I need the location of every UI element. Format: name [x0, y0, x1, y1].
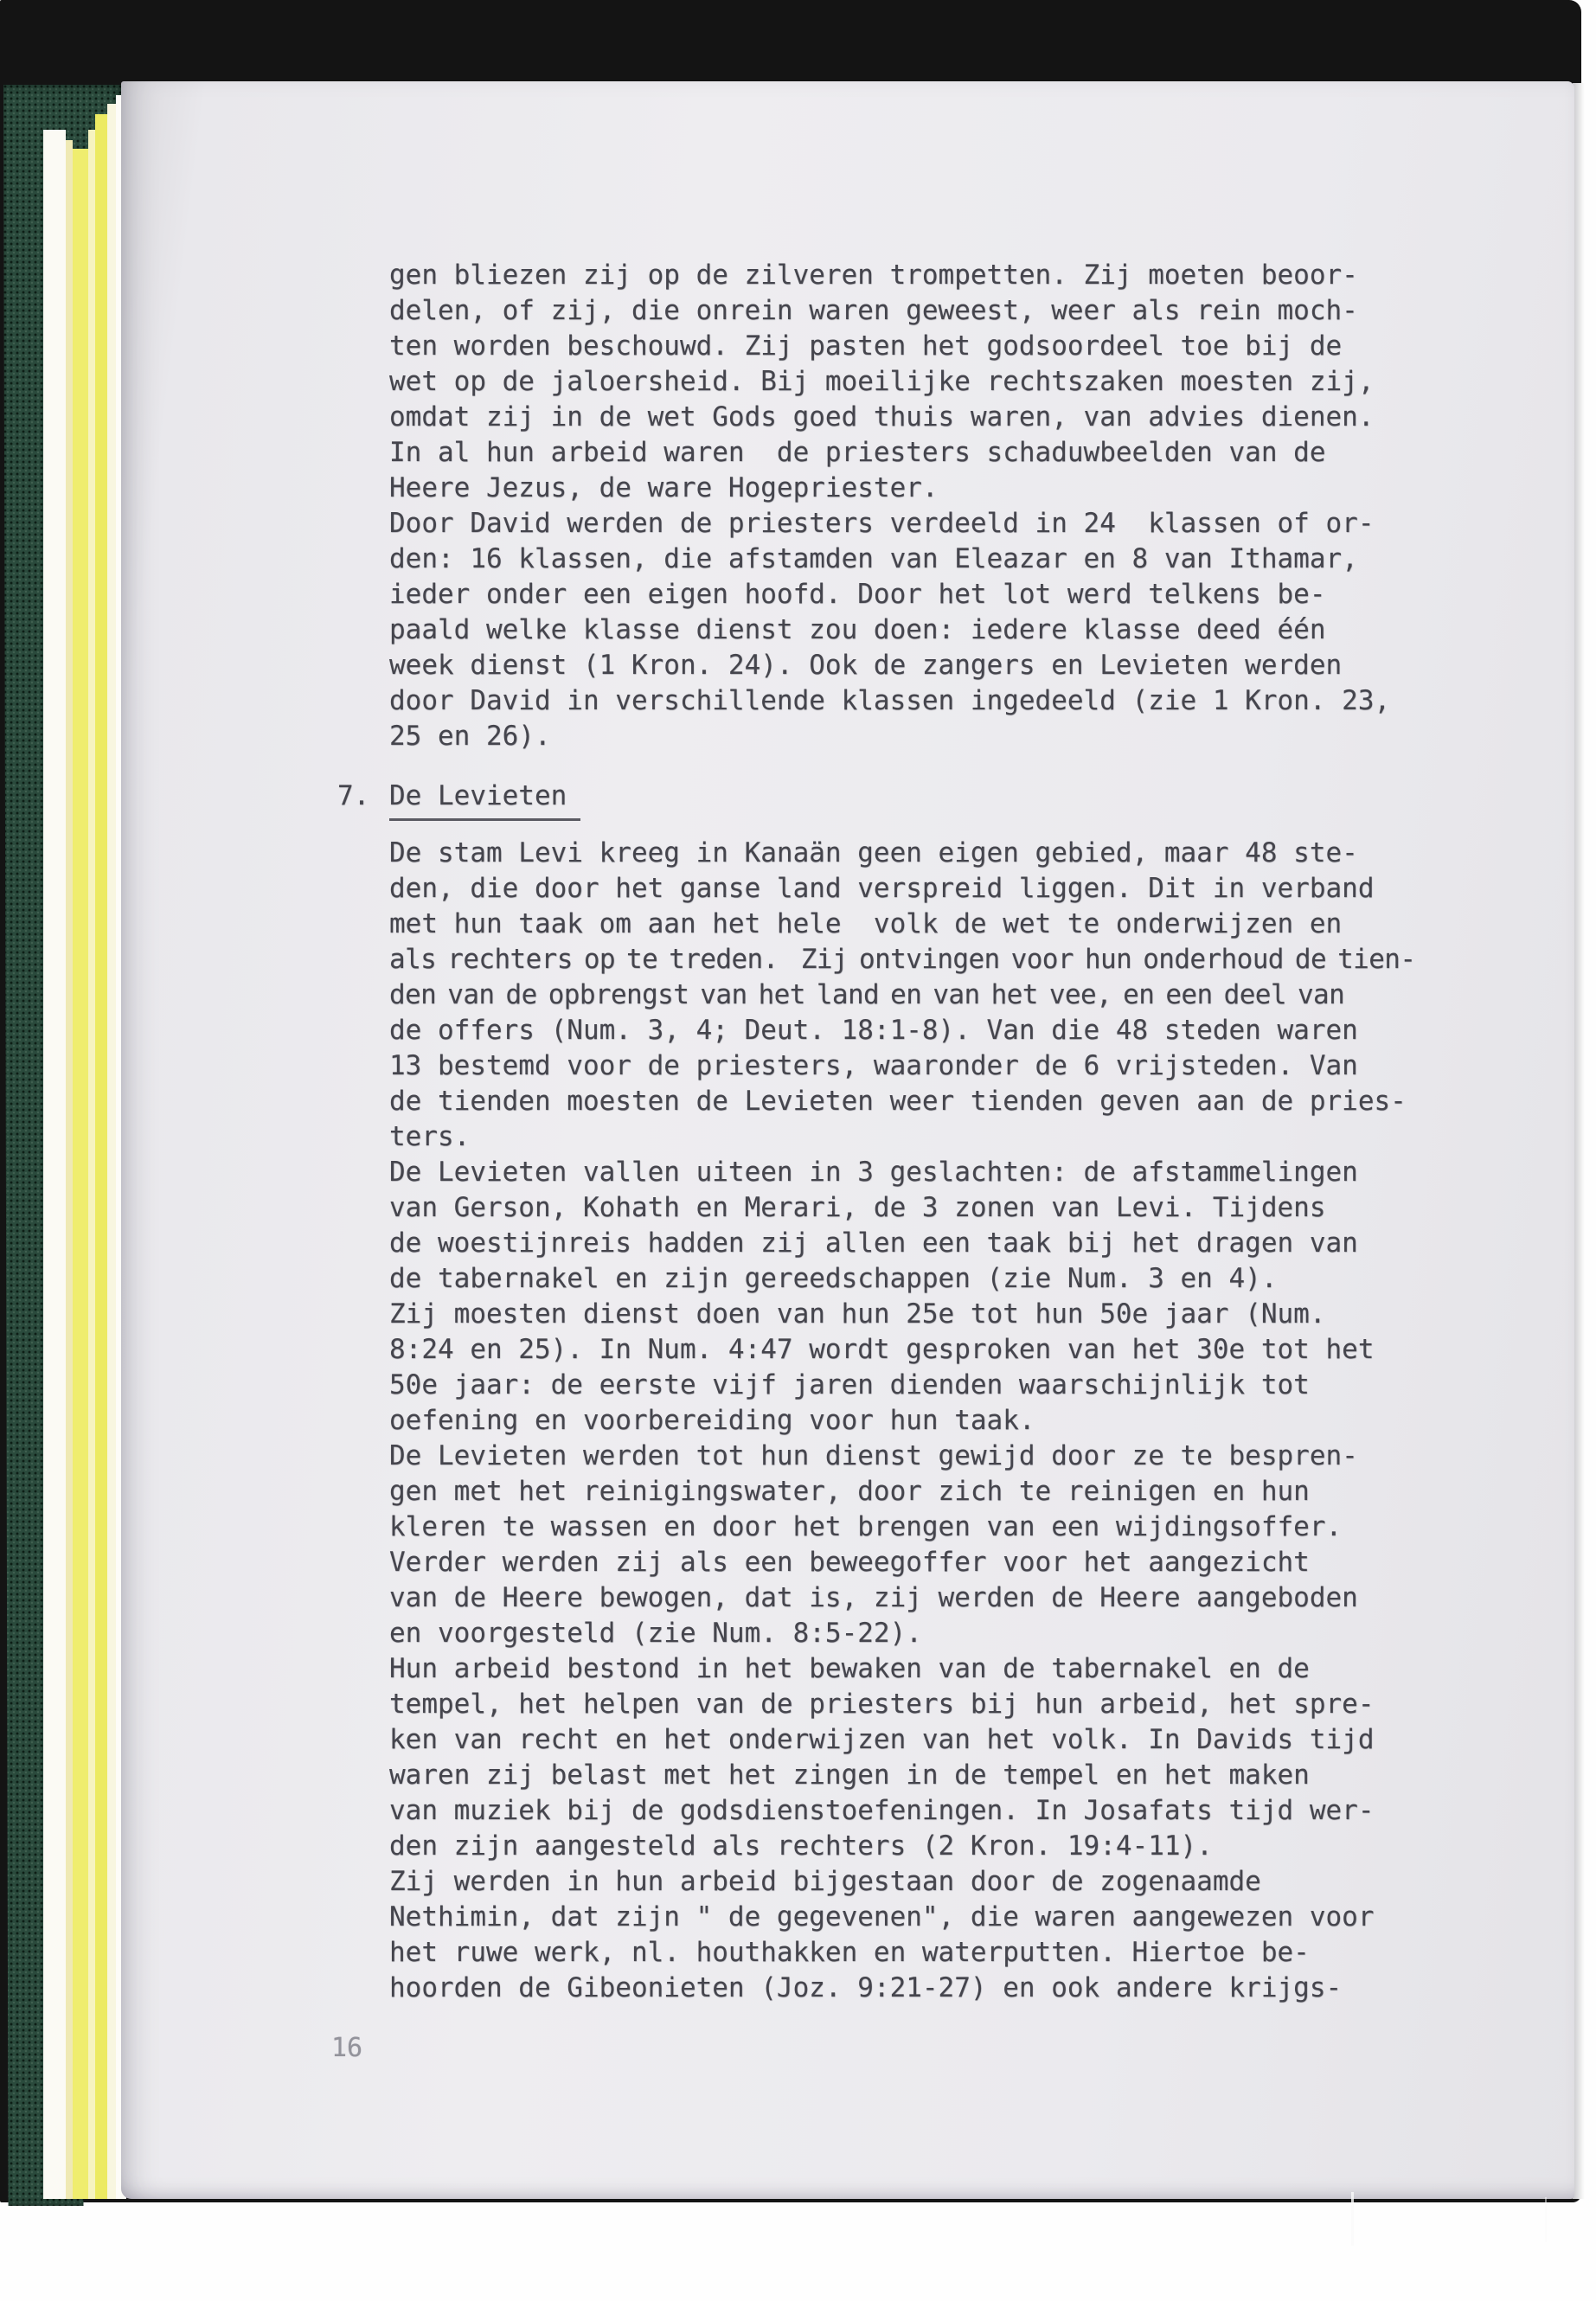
- text-line: 8:24 en 25). In Num. 4:47 wordt gesproke…: [389, 1332, 1415, 1368]
- book-page: gen bliezen zij op de zilveren trompette…: [121, 81, 1574, 2199]
- text-line: van Gerson, Kohath en Merari, de 3 zonen…: [389, 1190, 1415, 1226]
- text-line: wet op de jaloersheid. Bij moeilijke rec…: [389, 364, 1390, 400]
- text-line: tempel, het helpen van de priesters bij …: [389, 1687, 1415, 1722]
- text-line: Hun arbeid bestond in het bewaken van de…: [389, 1651, 1415, 1687]
- text-line: van de Heere bewogen, dat is, zij werden…: [389, 1580, 1415, 1616]
- text-line: ieder onder een eigen hoofd. Door het lo…: [389, 577, 1390, 612]
- text-line: 13 bestemd voor de priesters, waaronder …: [389, 1048, 1415, 1084]
- page-edge-strip: [73, 149, 88, 2199]
- text-line: de tienden moesten de Levieten weer tien…: [389, 1084, 1415, 1119]
- text-line: gen met het reinigingswater, door zich t…: [389, 1474, 1415, 1509]
- page-edge-strip: [88, 130, 95, 2199]
- text-line: met hun taak om aan het hele volk de wet…: [389, 907, 1415, 942]
- text-line: paald welke klasse dienst zou doen: iede…: [389, 612, 1390, 648]
- text-line: Heere Jezus, de ware Hogepriester.: [389, 471, 1390, 506]
- text-line: door David in verschillende klassen inge…: [389, 683, 1390, 719]
- section-body: De stam Levi kreeg in Kanaän geen eigen …: [389, 836, 1415, 2006]
- page-edge-strip: [43, 130, 66, 2199]
- text-line: den, die door het ganse land verspreid l…: [389, 871, 1415, 907]
- scratch-mark: [1351, 2192, 1354, 2246]
- text-line: het ruwe werk, nl. houthakken en waterpu…: [389, 1935, 1415, 1971]
- section-number: 7.: [337, 779, 389, 814]
- text-line: Zij werden in hun arbeid bijgestaan door…: [389, 1864, 1415, 1900]
- text-line: De stam Levi kreeg in Kanaän geen eigen …: [389, 836, 1415, 871]
- text-line: Zij moesten dienst doen van hun 25e tot …: [389, 1297, 1415, 1332]
- text-line: de offers (Num. 3, 4; Deut. 18:1-8). Van…: [389, 1013, 1415, 1048]
- text-line: Verder werden zij als een beweegoffer vo…: [389, 1545, 1415, 1580]
- text-line: Nethimin, dat zijn " de gegevenen", die …: [389, 1900, 1415, 1935]
- text-line: hoorden de Gibeonieten (Joz. 9:21-27) en…: [389, 1971, 1415, 2006]
- scratch-mark: [1545, 2197, 1547, 2242]
- text-line: den van de opbrengst van het land en van…: [389, 977, 1415, 1013]
- text-line: van muziek bij de godsdienstoefeningen. …: [389, 1793, 1415, 1829]
- text-line: den zijn aangesteld als rechters (2 Kron…: [389, 1829, 1415, 1864]
- text-line: omdat zij in de wet Gods goed thuis ware…: [389, 400, 1390, 435]
- text-line: oefening en voorbereiding voor hun taak.: [389, 1403, 1415, 1439]
- text-line: In al hun arbeid waren de priesters scha…: [389, 435, 1390, 471]
- text-line: delen, of zij, die onrein waren geweest,…: [389, 293, 1390, 329]
- text-line: waren zij belast met het zingen in de te…: [389, 1758, 1415, 1793]
- text-line: kleren te wassen en door het brengen van…: [389, 1509, 1415, 1545]
- text-line: en voorgesteld (zie Num. 8:5-22).: [389, 1616, 1415, 1651]
- text-line: week dienst (1 Kron. 24). Ook de zangers…: [389, 648, 1390, 683]
- section-title: De Levieten: [389, 779, 580, 821]
- text-line: De Levieten vallen uiteen in 3 geslachte…: [389, 1155, 1415, 1190]
- text-line: als rechters op te treden. Zij ontvingen…: [389, 942, 1415, 977]
- text-line: 50e jaar: de eerste vijf jaren dienden w…: [389, 1368, 1415, 1403]
- text-line: de tabernakel en zijn gereedschappen (zi…: [389, 1261, 1415, 1297]
- text-line: De Levieten werden tot hun dienst gewijd…: [389, 1439, 1415, 1474]
- text-line: gen bliezen zij op de zilveren trompette…: [389, 258, 1390, 293]
- text-line: ters.: [389, 1119, 1415, 1155]
- page-edge-strip: [107, 104, 116, 2199]
- page-edge-strip: [95, 114, 107, 2199]
- text-line: Door David werden de priesters verdeeld …: [389, 506, 1390, 542]
- text-line: 25 en 26).: [389, 719, 1390, 754]
- page-number: 16: [331, 2033, 362, 2063]
- continued-paragraph: gen bliezen zij op de zilveren trompette…: [389, 258, 1390, 754]
- text-line: ken van recht en het onderwijzen van het…: [389, 1722, 1415, 1758]
- book-photo: gen bliezen zij op de zilveren trompette…: [0, 0, 1596, 2301]
- section-heading: 7.De Levieten: [337, 779, 580, 821]
- page-fore-edge: [1573, 83, 1585, 2199]
- text-line: ten worden beschouwd. Zij pasten het god…: [389, 329, 1390, 364]
- text-line: de woestijnreis hadden zij allen een taa…: [389, 1226, 1415, 1261]
- text-line: den: 16 klassen, die afstamden van Eleaz…: [389, 542, 1390, 577]
- page-edge-strip: [66, 140, 73, 2199]
